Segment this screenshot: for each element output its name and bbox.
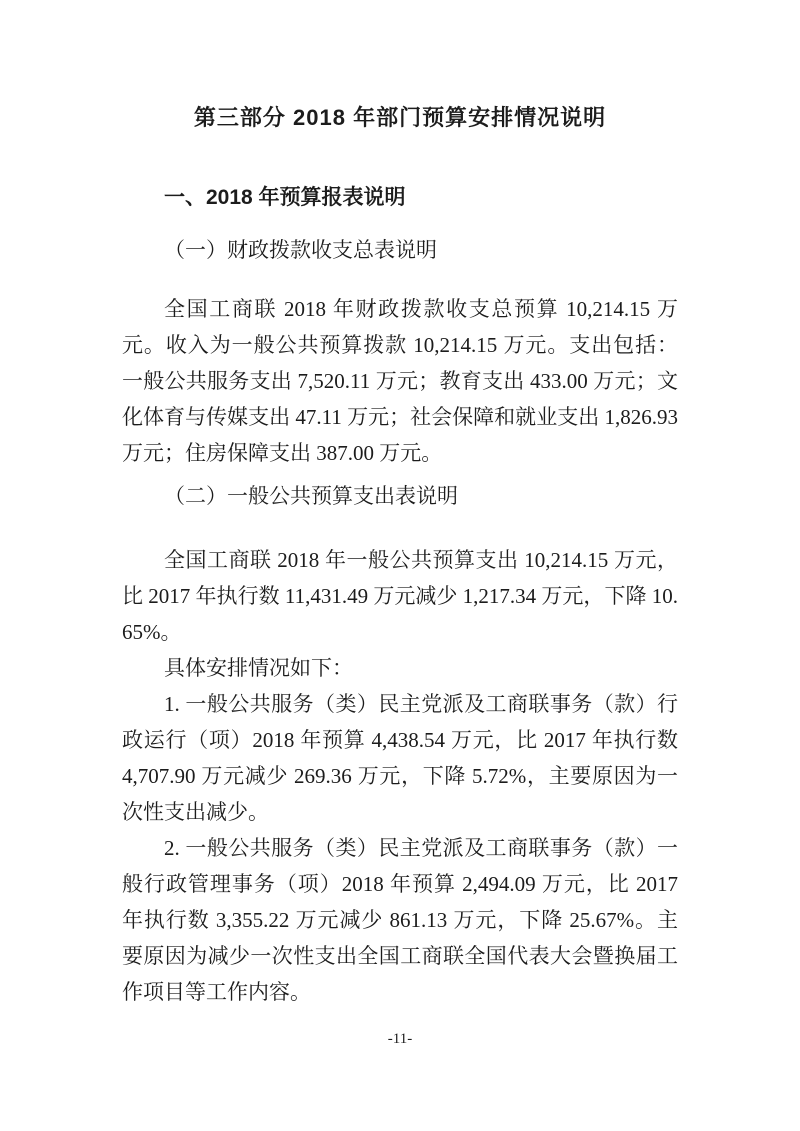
paragraph-arrangement-intro: 具体安排情况如下： [122, 650, 678, 686]
paragraph-fiscal-appropriation-summary: 全国工商联 2018 年财政拨款收支总预算 10,214.15 万元。收入为一般… [122, 291, 678, 471]
subsection-heading-fiscal-appropriation: （一）财政拨款收支总表说明 [122, 232, 678, 268]
subsection-heading-public-budget-expenditure: （二）一般公共预算支出表说明 [122, 478, 678, 514]
section-heading-budget-report: 一、2018 年预算报表说明 [122, 180, 678, 216]
page-number: -11- [0, 1030, 800, 1048]
paragraph-item-2-general-administrative-affairs: 2. 一般公共服务（类）民主党派及工商联事务（款）一般行政管理事务（项）2018… [122, 830, 678, 1010]
paragraph-item-1-administrative-operation: 1. 一般公共服务（类）民主党派及工商联事务（款）行政运行（项）2018 年预算… [122, 686, 678, 830]
document-body: 第三部分 2018 年部门预算安排情况说明 一、2018 年预算报表说明 （一）… [122, 100, 678, 1010]
page-title: 第三部分 2018 年部门预算安排情况说明 [122, 100, 678, 136]
document-page: 第三部分 2018 年部门预算安排情况说明 一、2018 年预算报表说明 （一）… [0, 0, 800, 1131]
paragraph-expenditure-summary: 全国工商联 2018 年一般公共预算支出 10,214.15 万元，比 2017… [122, 542, 678, 650]
